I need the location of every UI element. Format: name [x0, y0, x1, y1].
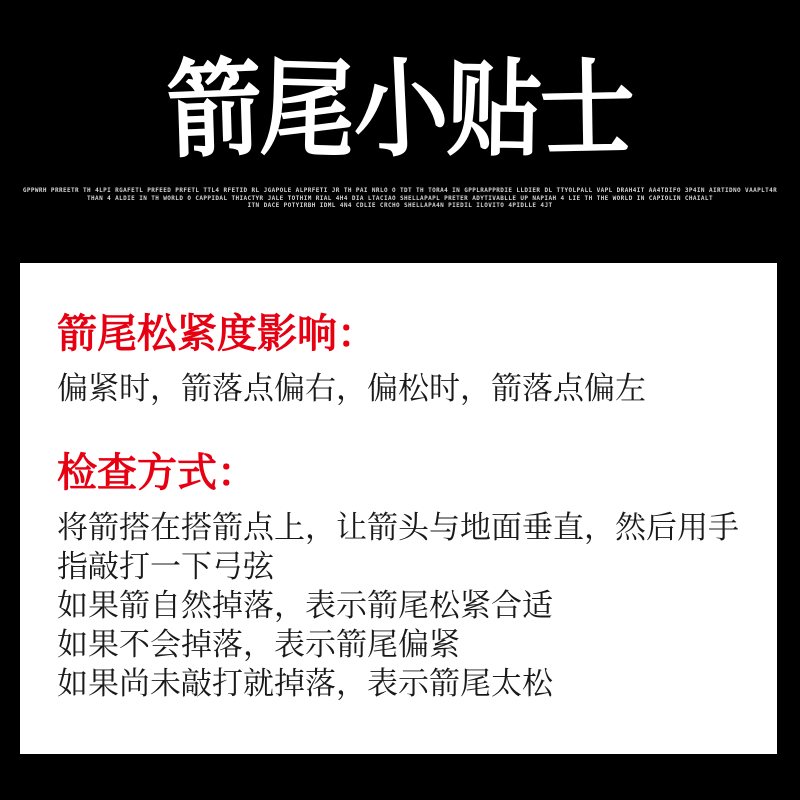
check-method-line: 如果不会掉落，表示箭尾偏紧: [57, 625, 739, 664]
check-method-paragraph: 将箭搭在搭箭点上，让箭头与地面垂直，然后用手 指敲打一下弓弦 如果箭自然掉落，表…: [57, 508, 739, 703]
poster-header-banner: 箭尾小贴士 GPPWRH PRREETR TH 4LPI RGAFETL PRF…: [0, 0, 800, 263]
check-method-line: 将箭搭在搭箭点上，让箭头与地面垂直，然后用手: [57, 508, 739, 547]
section-heading-check-method: 检查方式：: [57, 449, 257, 497]
fine-print-line: THAN 4 ALDIE IN TH WORLD O CAPPIDAL THIA…: [0, 195, 800, 203]
check-method-line: 指敲打一下弓弦: [57, 547, 739, 586]
fine-print-line: GPPWRH PRREETR TH 4LPI RGAFETL PRFEED PR…: [0, 187, 800, 195]
check-method-line: 如果尚未敲打就掉落，表示箭尾太松: [57, 664, 739, 703]
decorative-fine-print: GPPWRH PRREETR TH 4LPI RGAFETL PRFEED PR…: [0, 187, 800, 210]
section-heading-nock-tightness-effect: 箭尾松紧度影响：: [57, 310, 377, 358]
fine-print-line: ITN DACE POTYIRBH IDML 4N4 CDLIE CRCHO S…: [0, 202, 800, 210]
poster-background: 箭尾小贴士 GPPWRH PRREETR TH 4LPI RGAFETL PRF…: [0, 0, 800, 800]
content-panel: 箭尾松紧度影响： 偏紧时，箭落点偏右，偏松时，箭落点偏左 检查方式： 将箭搭在搭…: [20, 263, 777, 754]
poster-title: 箭尾小贴士: [0, 52, 800, 169]
nock-tightness-effect-text: 偏紧时，箭落点偏右，偏松时，箭落点偏左: [57, 369, 646, 408]
check-method-line: 如果箭自然掉落，表示箭尾松紧合适: [57, 586, 739, 625]
